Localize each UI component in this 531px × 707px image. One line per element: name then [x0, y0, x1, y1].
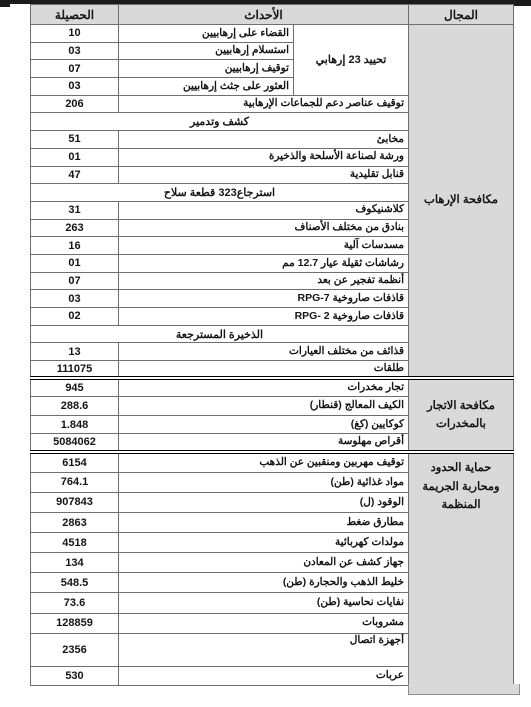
event-value: 907843: [31, 492, 119, 512]
event-label: استسلام إرهابيين: [119, 42, 294, 60]
event-label: العثور على جثث إرهابيين: [119, 78, 294, 96]
event-label: أجهزة اتصال: [119, 633, 409, 666]
operations-summary-table: المجال الأحداث الحصيلة مكافحة الإرهاب تح…: [30, 4, 514, 686]
event-value: 134: [31, 553, 119, 573]
event-label: ورشة لصناعة الأسلحة والذخيرة: [119, 148, 409, 166]
event-value: 288.6: [31, 397, 119, 416]
event-value: 03: [31, 42, 119, 60]
event-label: مطارق ضغط: [119, 513, 409, 533]
event-label: مسدسات آلية: [119, 237, 409, 255]
event-value: 02: [31, 308, 119, 326]
event-label: عربات: [119, 666, 409, 685]
event-value: 47: [31, 166, 119, 184]
event-value: 07: [31, 272, 119, 290]
event-label: مشروبات: [119, 613, 409, 633]
domain-column-overhang: [408, 684, 520, 695]
column-header-result: الحصيلة: [31, 5, 119, 25]
event-value: 5084062: [31, 434, 119, 453]
domain-cell-drugs: مكافحة الاتجار بالمخدرات: [409, 378, 514, 452]
event-label: طلقات: [119, 361, 409, 379]
event-label: كلاشنيكوف: [119, 201, 409, 219]
table-row: مكافحة الاتجار بالمخدرات تجار مخدرات 945: [31, 378, 514, 397]
event-label: قاذفات صاروخية RPG-7: [119, 290, 409, 308]
subheader-discovery: كشف وتدمير: [31, 113, 409, 131]
event-value: 01: [31, 254, 119, 272]
event-value: 530: [31, 666, 119, 685]
event-value: 73.6: [31, 593, 119, 613]
event-label: توقيف مهربين ومنقبين عن الذهب: [119, 452, 409, 472]
subheader-weapons-recovered: استرجاع323 قطعة سلاح: [31, 184, 409, 202]
event-value: 51: [31, 131, 119, 149]
scan-artifact-top-left: [0, 0, 10, 7]
event-label: الوقود (ل): [119, 492, 409, 512]
event-value: 764.1: [31, 472, 119, 492]
event-label: كوكايين (كغ): [119, 415, 409, 434]
event-value: 263: [31, 219, 119, 237]
table-row: مكافحة الإرهاب تحييد 23 إرهابي القضاء عل…: [31, 25, 514, 43]
event-value: 2863: [31, 513, 119, 533]
event-label: قذائف من مختلف العيارات: [119, 343, 409, 361]
table-header-row: المجال الأحداث الحصيلة: [31, 5, 514, 25]
event-value: 10: [31, 25, 119, 43]
event-label: تجار مخدرات: [119, 378, 409, 397]
table-row: حماية الحدود ومحاربة الجريمة المنظمة توق…: [31, 452, 514, 472]
merged-neutralized-cell: تحييد 23 إرهابي: [294, 25, 409, 96]
event-value: 945: [31, 378, 119, 397]
event-value: 206: [31, 95, 119, 113]
event-value: 548.5: [31, 573, 119, 593]
event-value: 03: [31, 78, 119, 96]
subheader-ammo-recovered: الذخيرة المسترجعة: [31, 325, 409, 343]
event-label: جهاز كشف عن المعادن: [119, 553, 409, 573]
event-label: رشاشات ثقيلة عيار 12.7 مم: [119, 254, 409, 272]
event-value: 111075: [31, 361, 119, 379]
event-value: 01: [31, 148, 119, 166]
column-header-domain: المجال: [409, 5, 514, 25]
event-label: قاذفات صاروخية RPG- 2: [119, 308, 409, 326]
event-label: بنادق من مختلف الأصناف: [119, 219, 409, 237]
event-value: 13: [31, 343, 119, 361]
event-label: مواد غذائية (طن): [119, 472, 409, 492]
event-value: 2356: [31, 633, 119, 666]
event-label: مولدات كهربائية: [119, 533, 409, 553]
event-label: نفايات نحاسية (طن): [119, 593, 409, 613]
domain-cell-terrorism: مكافحة الإرهاب: [409, 25, 514, 379]
event-label: خليط الذهب والحجارة (طن): [119, 573, 409, 593]
event-label: أنظمة تفجير عن بعد: [119, 272, 409, 290]
scan-artifact-top-right: [512, 0, 531, 6]
event-value: 03: [31, 290, 119, 308]
event-value: 128859: [31, 613, 119, 633]
event-value: 4518: [31, 533, 119, 553]
column-header-events: الأحداث: [119, 5, 409, 25]
event-value: 31: [31, 201, 119, 219]
event-value: 1.848: [31, 415, 119, 434]
event-label: القضاء على إرهابيين: [119, 25, 294, 43]
event-label: أقراص مهلوسة: [119, 434, 409, 453]
event-label: مخابئ: [119, 131, 409, 149]
scanned-report-page: المجال الأحداث الحصيلة مكافحة الإرهاب تح…: [0, 0, 531, 707]
event-label: توقيف إرهابيين: [119, 60, 294, 78]
event-value: 07: [31, 60, 119, 78]
event-label: توقيف عناصر دعم للجماعات الإرهابية: [119, 95, 409, 113]
event-label: قنابل تقليدية: [119, 166, 409, 184]
event-value: 16: [31, 237, 119, 255]
event-label: الكيف المعالج (قنطار): [119, 397, 409, 416]
event-value: 6154: [31, 452, 119, 472]
domain-cell-borders: حماية الحدود ومحاربة الجريمة المنظمة: [409, 452, 514, 685]
